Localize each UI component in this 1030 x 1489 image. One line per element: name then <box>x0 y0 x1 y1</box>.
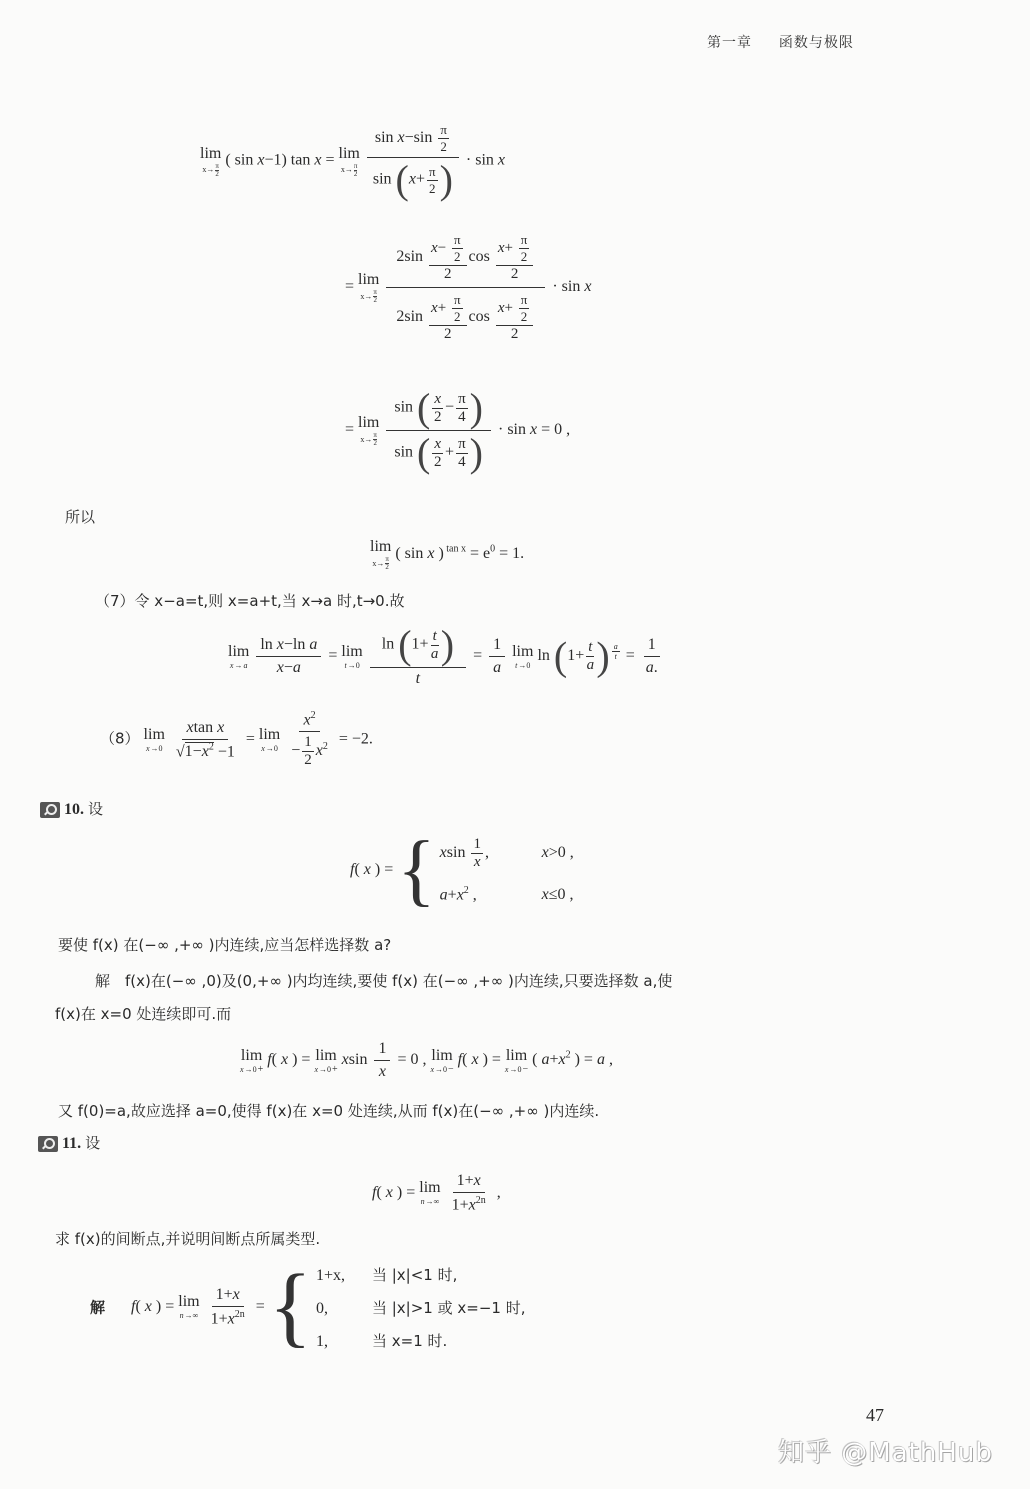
problem-10-heading: 10. 设 <box>40 798 103 819</box>
problem-10-conclusion: 又 f(0)=a,故应选择 a=0,使得 f(x)在 x=0 处连续,从而 f(… <box>58 1100 599 1121</box>
left-brace: { <box>397 830 435 910</box>
problem-11-heading: 11. 设 <box>38 1132 100 1153</box>
therefore-text: 所以 <box>65 506 95 527</box>
problem-number: 11. <box>62 1135 81 1152</box>
equation-3: = limx→π2 sin (x2−π4) sin (x2+π4) · sin … <box>345 388 570 473</box>
fraction: sin x−sin π2 sin (x+π2) <box>367 122 459 200</box>
problem-11-function: f( x ) = limn→∞ 1+x1+x2n , <box>372 1172 501 1214</box>
watermark: 知乎 @MathHub <box>778 1432 993 1469</box>
result-limit: limx→π2 ( sin x ) tan x = e0 = 1. <box>370 538 524 571</box>
item-7-intro: （7）令 x−a=t,则 x=a+t,当 x→a 时,t→0.故 <box>95 590 405 611</box>
problem-10-limits: limx→0+ f( x ) = limx→0+ xsin 1x = 0 , l… <box>240 1040 613 1081</box>
chapter-label: 第一章 <box>707 35 752 51</box>
equation-2: = limx→π2 2sin x− π22cos x+ π22 2sin x+ … <box>345 232 591 343</box>
equation-1: lim x→π2 ( sin x−1) tan x = lim x→π2 sin… <box>200 122 505 200</box>
chapter-title: 函数与极限 <box>779 35 854 51</box>
running-header: 第一章 函数与极限 <box>707 32 854 52</box>
page-number: 47 <box>866 1405 884 1426</box>
search-magnifier-icon <box>40 802 60 818</box>
problem-number: 10. <box>64 801 84 818</box>
search-magnifier-icon <box>38 1136 58 1152</box>
item-7-equation: limx→a ln x−ln ax−a = limt→0 ln (1+ta)t … <box>228 625 665 688</box>
problem-10-solution-line-2: f(x)在 x=0 处连续即可.而 <box>55 1003 231 1024</box>
problem-10-solution-line-1: 解 f(x)在(−∞ ,0)及(0,+∞ )内均连续,要使 f(x) 在(−∞ … <box>95 970 672 991</box>
problem-10-function: f( x ) = { xsin 1x, x>0 , a+x2 , x≤0 , <box>350 830 574 910</box>
problem-10-question: 要使 f(x) 在(−∞ ,+∞ )内连续,应当怎样选择数 a? <box>58 934 391 955</box>
problem-11-solution: 解 f( x ) = limn→∞ 1+x1+x2n = { 1+x,当 |x|… <box>90 1262 525 1352</box>
item-8-equation: （8） limx→0 xtan x√1−x2 −1 = limx→0 x2−12… <box>100 710 373 769</box>
limit-operator: lim x→π2 <box>200 145 221 178</box>
problem-11-question: 求 f(x)的间断点,并说明间断点所属类型. <box>55 1228 320 1249</box>
